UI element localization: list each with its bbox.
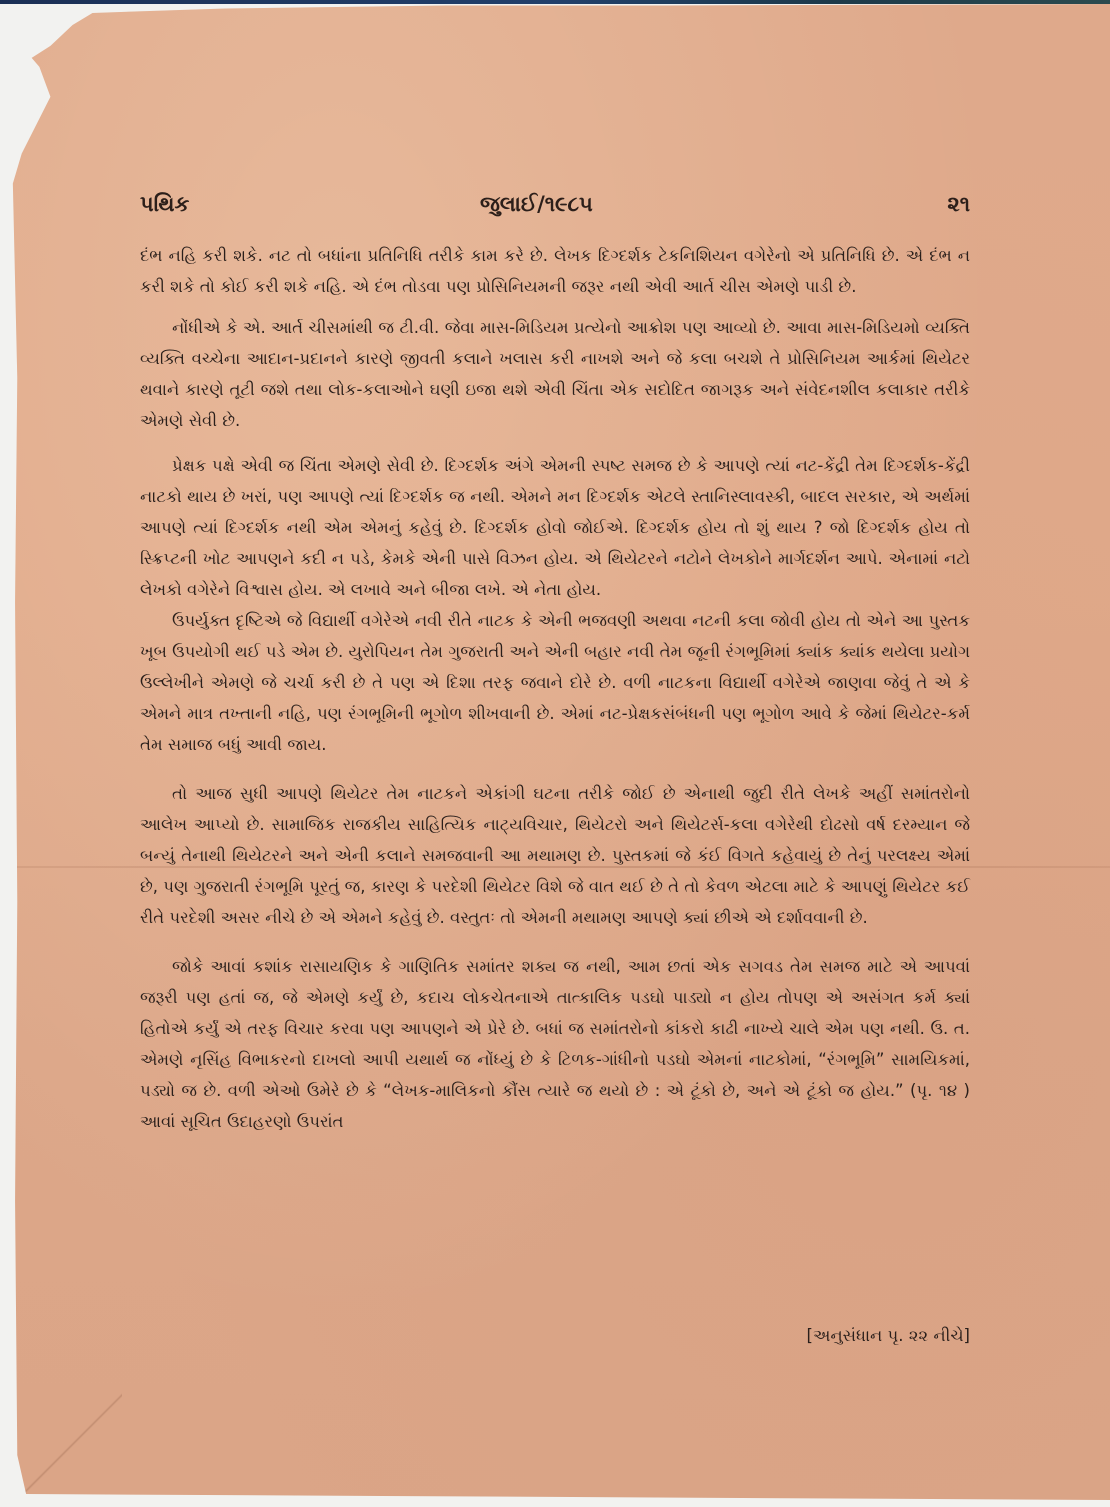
corner-fold — [12, 1390, 122, 1507]
paragraph: તો આજ સુધી આપણે થિયેટર તેમ નાટકને એકાંગી… — [140, 778, 970, 933]
page-number: ૨૧ — [947, 192, 970, 217]
paragraph: દંભ નહિ કરી શકે. નટ તો બધાંના પ્રતિનિધિ … — [140, 240, 970, 302]
paragraph: ઉપર્યુક્ત દૃષ્ટિએ જે વિદ્યાર્થી વગેરેએ ન… — [140, 605, 970, 760]
magazine-name: પથિક — [140, 192, 189, 217]
paragraph: પ્રેક્ષક પક્ષે એવી જ ચિંતા એમણે સેવી છે.… — [140, 450, 970, 605]
issue-date: જુલાઈ/૧૯૮૫ — [480, 192, 593, 217]
paragraph: નોંધીએ કે એ. આર્ત ચીસમાંથી જ ટી.વી. જેવા… — [140, 312, 970, 436]
article-body: દંભ નહિ કરી શકે. નટ તો બધાંના પ્રતિનિધિ … — [140, 240, 970, 1137]
scan-edge — [0, 0, 1110, 4]
paragraph: જોકે આવાં કશાંક રાસાયણિક કે ગાણિતિક સમાં… — [140, 951, 970, 1137]
continued-note: [અનુસંધાન પૃ. ૨૨ નીચે] — [807, 1320, 970, 1351]
running-header: પથિક જુલાઈ/૧૯૮૫ ૨૧ — [140, 192, 970, 228]
